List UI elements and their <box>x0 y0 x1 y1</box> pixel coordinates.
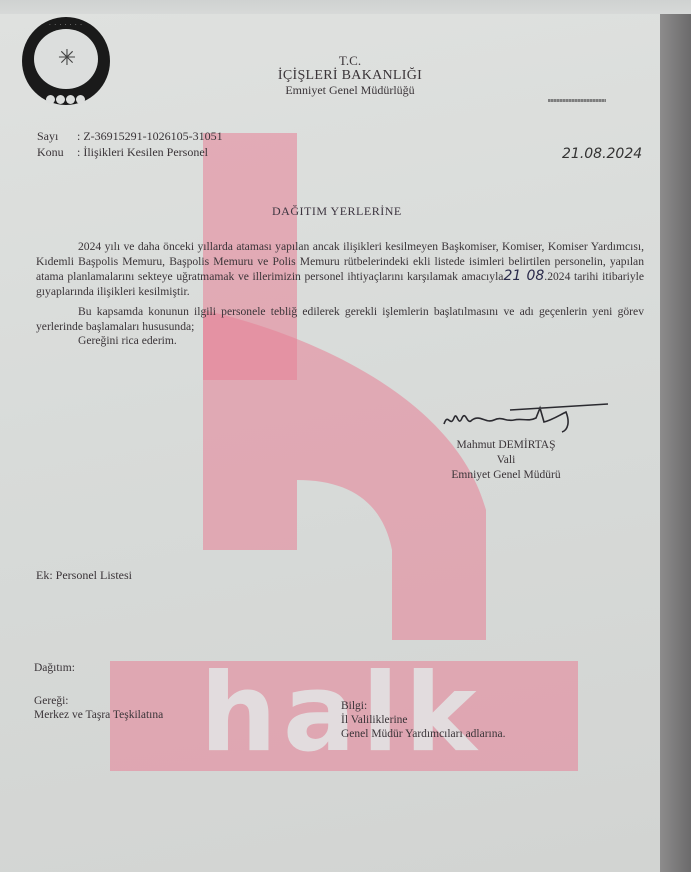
header-tc: T.C. <box>250 53 450 68</box>
attachment-note: Ek: Personel Listesi <box>36 568 132 583</box>
geregi-value: Merkez ve Taşra Teşkilatına <box>34 708 163 722</box>
signatory-block: Mahmut DEMİRTAŞ Vali Emniyet Genel Müdür… <box>436 438 576 483</box>
document-title: DAĞITIM YERLERİNE <box>272 204 402 219</box>
header-directorate: Emniyet Genel Müdürlüğü <box>250 83 450 98</box>
distribution-geregi: Gereği: Merkez ve Taşra Teşkilatına <box>34 694 163 722</box>
stamp-mark <box>548 99 606 102</box>
star-icon: ✳ <box>54 45 80 71</box>
geregi-label: Gereği: <box>34 694 163 708</box>
sayi-row: Sayı: Z-36915291-1026105-31051 <box>37 128 223 144</box>
handwritten-day: 21 08 <box>503 268 544 284</box>
distribution-heading: Dağıtım: <box>34 661 75 675</box>
konu-value: : İlişikleri Kesilen Personel <box>77 145 208 159</box>
bilgi-label: Bilgi: <box>341 699 505 713</box>
bilgi-line-2: Genel Müdür Yardımcıları adlarına. <box>341 727 505 741</box>
sayi-label: Sayı <box>37 128 77 144</box>
seal-inner: ✳ <box>34 29 98 89</box>
signatory-position: Emniyet Genel Müdürü <box>436 468 576 483</box>
distribution-bilgi: Bilgi: İl Valiliklerine Genel Müdür Yard… <box>341 699 505 741</box>
seal-dots <box>46 91 86 109</box>
paragraph-3: Gereğini rica ederim. <box>36 334 644 349</box>
konu-label: Konu <box>37 144 77 160</box>
bilgi-line-1: İl Valiliklerine <box>341 713 505 727</box>
handwritten-date: 21.08.2024 <box>562 146 642 162</box>
document-meta: Sayı: Z-36915291-1026105-31051 Konu: İli… <box>37 128 223 160</box>
konu-row: Konu: İlişikleri Kesilen Personel <box>37 144 223 160</box>
paragraph-1: 2024 yılı ve daha önceki yıllarda atamas… <box>36 240 644 299</box>
seal-ring-text: · · · · · · · <box>38 22 94 28</box>
ministry-seal-icon: · · · · · · · ✳ <box>22 17 110 105</box>
paragraph-2: Bu kapsamda konunun ilgili personele teb… <box>36 305 644 334</box>
letterhead: T.C. İÇİŞLERİ BAKANLIĞI Emniyet Genel Mü… <box>250 53 450 98</box>
signature-icon <box>440 398 610 436</box>
header-ministry: İÇİŞLERİ BAKANLIĞI <box>250 68 450 83</box>
document-body: 2024 yılı ve daha önceki yıllarda atamas… <box>36 240 644 349</box>
sayi-value: : Z-36915291-1026105-31051 <box>77 129 223 143</box>
signatory-title: Vali <box>436 453 576 468</box>
signatory-name: Mahmut DEMİRTAŞ <box>436 438 576 453</box>
